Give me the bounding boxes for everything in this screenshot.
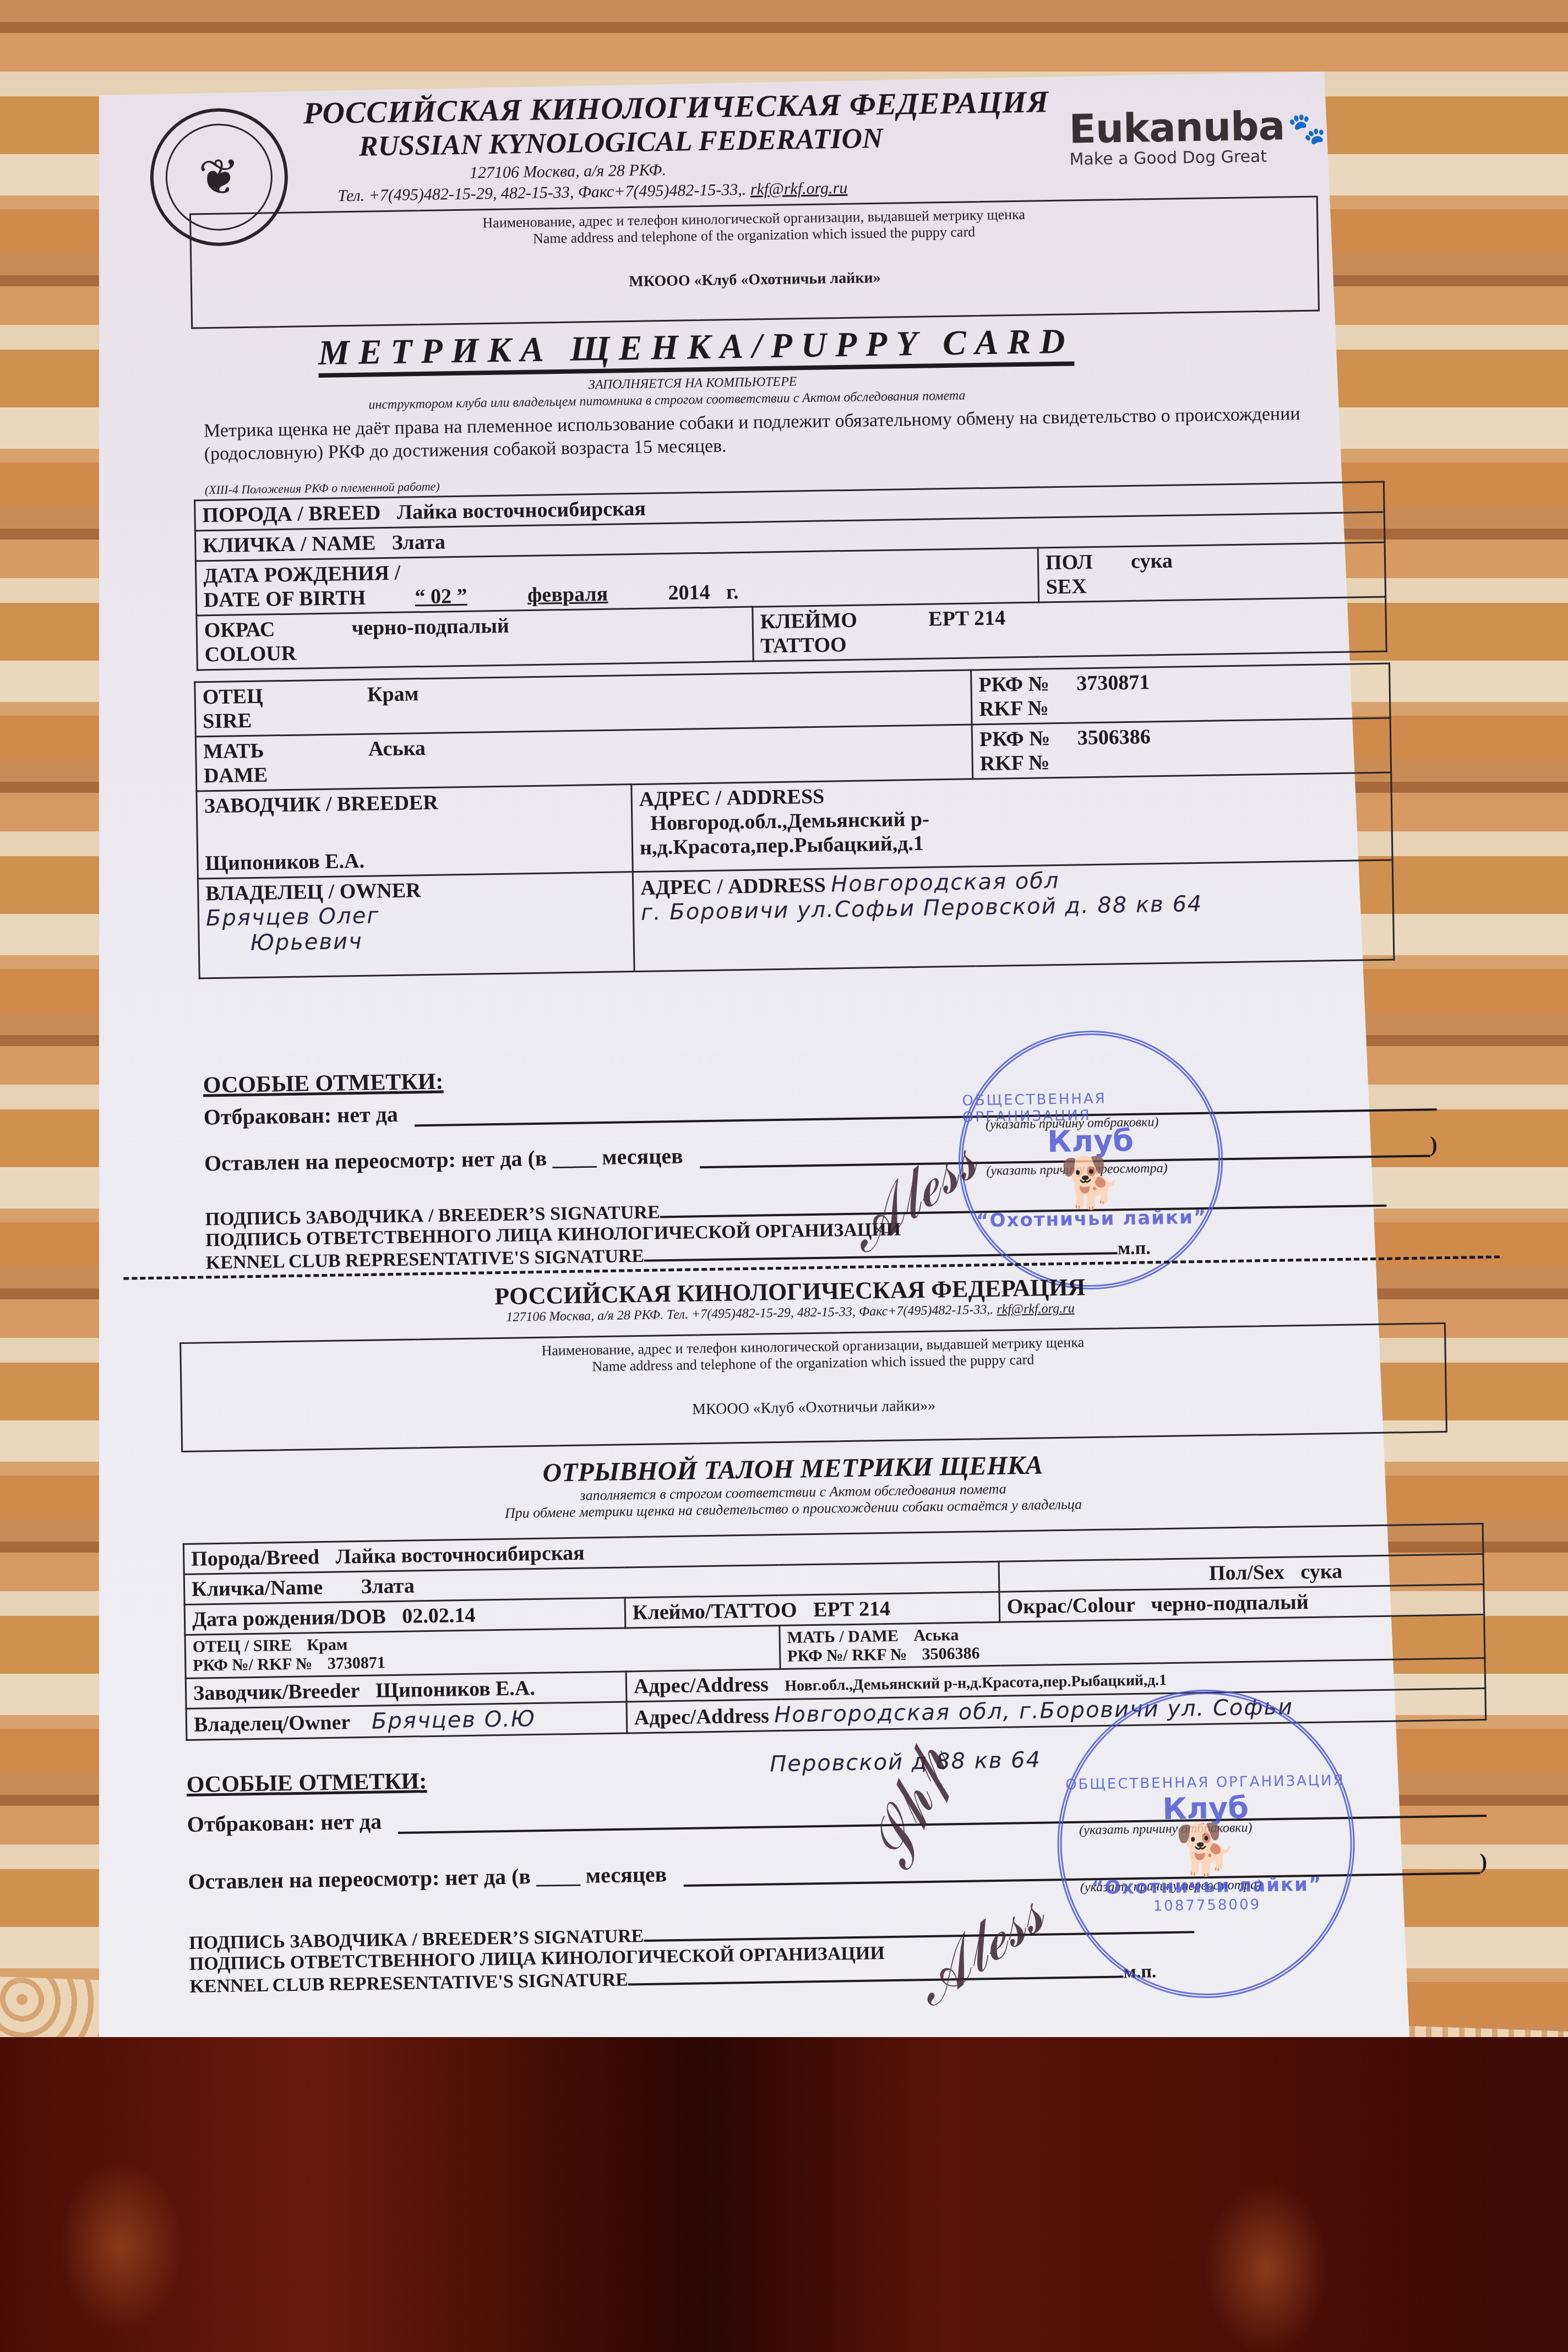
stub-sire-value: Крам	[307, 1635, 347, 1654]
pedigree-table: ОТЕЦ Крам SIRE РКФ № 3730871 RKF № МАТЬ …	[194, 662, 1395, 979]
stub-name-value: Злата	[361, 1575, 415, 1599]
stub-name-label: Кличка/Name	[192, 1576, 323, 1601]
breeder-cell: ЗАВОДЧИК / BREEDER Щипоников Е.А.	[197, 785, 633, 879]
owner-name-line2: Юрьевич	[250, 924, 627, 956]
stamp-number: 1087758009	[1153, 1896, 1261, 1914]
dog-silhouette-icon: 🐕	[1175, 1825, 1237, 1876]
stub-issuing-org-box: Наименование, адрес и телефон кинологиче…	[179, 1322, 1447, 1452]
table-row: ВЛАДЕЛЕЦ / OWNER Брячцев Олег Юрьевич АД…	[198, 860, 1394, 978]
review-label: Оставлен на переосмотр: нет да (в ____ м…	[204, 1143, 683, 1177]
dob-month: февраля	[527, 582, 608, 607]
dog-head-icon: ❦	[198, 148, 240, 206]
stamp-club-name: “Охотничьи лайки”	[976, 1206, 1207, 1232]
page-title: МЕТРИКА ЩЕНКА/PUPPY CARD	[318, 320, 1074, 378]
dame-rkf-number: 3506386	[1077, 725, 1151, 749]
dog-silhouette-icon: 🐕	[1060, 1158, 1122, 1208]
stub-sex-value: сука	[1300, 1560, 1342, 1583]
owner-address-line1: Новгородская обл	[831, 868, 1060, 897]
rep-signature-label-en: KENNEL CLUB REPRESENTATIVE'S SIGNATURE	[206, 1246, 645, 1273]
stub-owner-address-label: Адрес/Address	[634, 1704, 770, 1729]
stub-breed-label: Порода/Breed	[191, 1545, 319, 1571]
dame-rkf-cell: РКФ № 3506386 RKF №	[972, 718, 1391, 779]
stub-culled-label: Отбракован: нет да	[187, 1808, 382, 1837]
eukanuba-logo: Eukanuba🐾 Make a Good Dog Great	[1069, 102, 1327, 169]
stub-review-label: Оставлен на переосмотр: нет да (в ____ м…	[188, 1861, 667, 1894]
sex-label-ru: ПОЛ	[1046, 551, 1093, 574]
stub-tattoo-label: Клеймо/TATTOO	[633, 1599, 797, 1625]
stub-owner-value: Брячцев О.Ю	[372, 1706, 536, 1734]
stamp-ring-text: ОБЩЕСТВЕННАЯ ОРГАНИЗАЦИЯ	[1065, 1772, 1345, 1793]
sponsor-name: Eukanuba	[1069, 102, 1285, 152]
issuing-org-box: Наименование, адрес и телефон кинологиче…	[189, 195, 1320, 329]
puppy-info-table: ПОРОДА / BREED Лайка восточносибирская К…	[194, 481, 1387, 671]
stub-dame-value: Аська	[913, 1626, 959, 1645]
stub-org-name: МКООО «Клуб «Охотничьи лайки»»	[182, 1389, 1445, 1427]
stub-breeder-address-label: Адрес/Address	[634, 1673, 769, 1698]
name-label: КЛИЧКА / NAME	[203, 531, 376, 557]
breeder-address-cell: АДРЕС / ADDRESS Новгород.обл.,Демьянский…	[631, 772, 1392, 872]
stub-dob-value: 02.02.14	[402, 1604, 476, 1628]
stamp-ring-text: ОБЩЕСТВЕННАЯ ОРГАНИЗАЦИЯ	[962, 1088, 1218, 1125]
carpet-background	[0, 2037, 1568, 2352]
stub-colour-value: черно-подпалый	[1151, 1591, 1309, 1616]
paw-icon: 🐾	[1288, 112, 1327, 146]
dob-year: 2014	[668, 581, 710, 605]
stub-breeder-address: Новг.обл.,Демьянский р-н,д.Красота,пер.Р…	[785, 1672, 1167, 1695]
breed-label: ПОРОДА / BREED	[202, 501, 380, 527]
dame-label-ru: МАТЬ	[203, 739, 264, 764]
sire-rkf-label: РКФ №	[978, 672, 1049, 696]
sire-rkf-cell: РКФ № 3730871 RKF №	[971, 663, 1390, 725]
stub-title-block: ОТРЫВНОЙ ТАЛОН МЕТРИКИ ЩЕНКА заполняется…	[127, 1444, 1460, 1528]
owner-address-cell: АДРЕС / ADDRESS Новгородская обл г. Боро…	[633, 860, 1394, 972]
dame-value: Аська	[368, 737, 426, 761]
org-title-ru: РОССИЙСКАЯ КИНОЛОГИЧЕСКАЯ ФЕДЕРАЦИЯ	[303, 84, 1049, 131]
stub-dame-rkf: 3506386	[922, 1644, 980, 1663]
stub-dame-rkf-label: РКФ №/ RKF №	[787, 1645, 907, 1665]
special-marks-section: ОСОБЫЕ ОТМЕТКИ: Отбракован: нет да (указ…	[203, 1053, 1439, 1273]
stub-owner-cell: Владелец/Owner Брячцев О.Ю	[186, 1702, 627, 1740]
stub-colour-label: Окрас/Colour	[1007, 1593, 1135, 1619]
fill-note: ЗАПОЛНЯЕТСЯ НА КОМПЬЮТЕРЕ	[589, 374, 797, 393]
stub-tattoo-value: EPT 214	[813, 1597, 890, 1621]
stub-breeder-label: Заводчик/Breeder	[193, 1679, 360, 1705]
stub-rep-signature-label-en: KENNEL CLUB REPRESENTATIVE'S SIGNATURE	[189, 1969, 628, 1997]
sire-label-ru: ОТЕЦ	[202, 685, 263, 709]
colour-value: черно-подпалый	[351, 614, 509, 640]
issuing-org-name: МКООО «Клуб «Охотничьи лайки»	[192, 262, 1317, 297]
sire-value: Крам	[367, 682, 419, 706]
stub-owner-label: Владелец/Owner	[194, 1711, 350, 1736]
stub-breeder-value: Щипоников Е.А.	[375, 1676, 535, 1702]
org-email-link[interactable]: rkf@rkf.org.ru	[750, 179, 848, 199]
breed-value: Лайка восточносибирская	[397, 497, 646, 524]
tattoo-cell: КЛЕЙМО EPT 214 TATTOO	[753, 597, 1386, 661]
sex-value: сука	[1131, 549, 1173, 573]
colour-label-ru: ОКРАС	[204, 618, 275, 642]
sire-rkf-number: 3730871	[1076, 671, 1150, 695]
stub-email-link[interactable]: rkf@rkf.org.ru	[997, 1302, 1075, 1317]
tattoo-value: EPT 214	[928, 606, 1005, 630]
owner-cell: ВЛАДЕЛЕЦ / OWNER Брячцев Олег Юрьевич	[198, 872, 634, 978]
dame-rkf-label: РКФ №	[979, 727, 1050, 751]
regulation-reference: (XIII-4 Положения РКФ о племенной работе…	[205, 480, 440, 498]
breeder-name: Щипоников Е.А.	[205, 845, 625, 875]
sex-cell: ПОЛ сука SEX	[1038, 542, 1385, 602]
stub-sire-label: ОТЕЦ / SIRE	[193, 1636, 292, 1656]
colour-cell: ОКРАС черно-подпалый COLOUR	[197, 607, 753, 670]
tattoo-label-ru: КЛЕЙМО	[760, 609, 857, 634]
stub-dob-label: Дата рождения/DOB	[192, 1605, 386, 1631]
stamp-club-name: “Охотничьи лайки”	[1091, 1873, 1322, 1899]
org-contacts: Тел. +7(495)482-15-29, 482-15-33, Факс+7…	[337, 179, 847, 206]
name-value: Злата	[391, 530, 445, 554]
sponsor-tagline: Make a Good Dog Great	[1069, 146, 1327, 169]
stub-dame-label: МАТЬ / DAME	[787, 1627, 899, 1647]
org-address: 127106 Москва, а/я 28 РКФ.	[470, 161, 666, 183]
stub-breed-value: Лайка восточносибирская	[335, 1542, 585, 1569]
owner-address-label: АДРЕС / ADDRESS	[640, 874, 826, 900]
stub-sire-rkf: 3730871	[328, 1653, 386, 1673]
dob-day: “ 02 ”	[415, 585, 467, 608]
dob-label-en: DATE OF BIRTH	[204, 586, 366, 612]
stub-sex-label: Пол/Sex	[1209, 1561, 1285, 1585]
culled-label: Отбракован: нет да	[203, 1101, 398, 1130]
breeder-label: ЗАВОДЧИК / BREEDER	[204, 787, 624, 818]
stub-sire-rkf-label: РКФ №/ RKF №	[193, 1654, 312, 1674]
org-phone: Тел. +7(495)482-15-29, 482-15-33, Факс+7…	[337, 181, 746, 205]
dob-year-suffix: г.	[726, 580, 739, 603]
stub-info-table: Порода/Breed Лайка восточносибирская Кли…	[183, 1523, 1487, 1741]
puppy-card-document: ❦ РОССИЙСКАЯ КИНОЛОГИЧЕСКАЯ ФЕДЕРАЦИЯ RU…	[105, 56, 1457, 2037]
stub-header: РОССИЙСКАЯ КИНОЛОГИЧЕСКАЯ ФЕДЕРАЦИЯ 1271…	[124, 1267, 1457, 1331]
